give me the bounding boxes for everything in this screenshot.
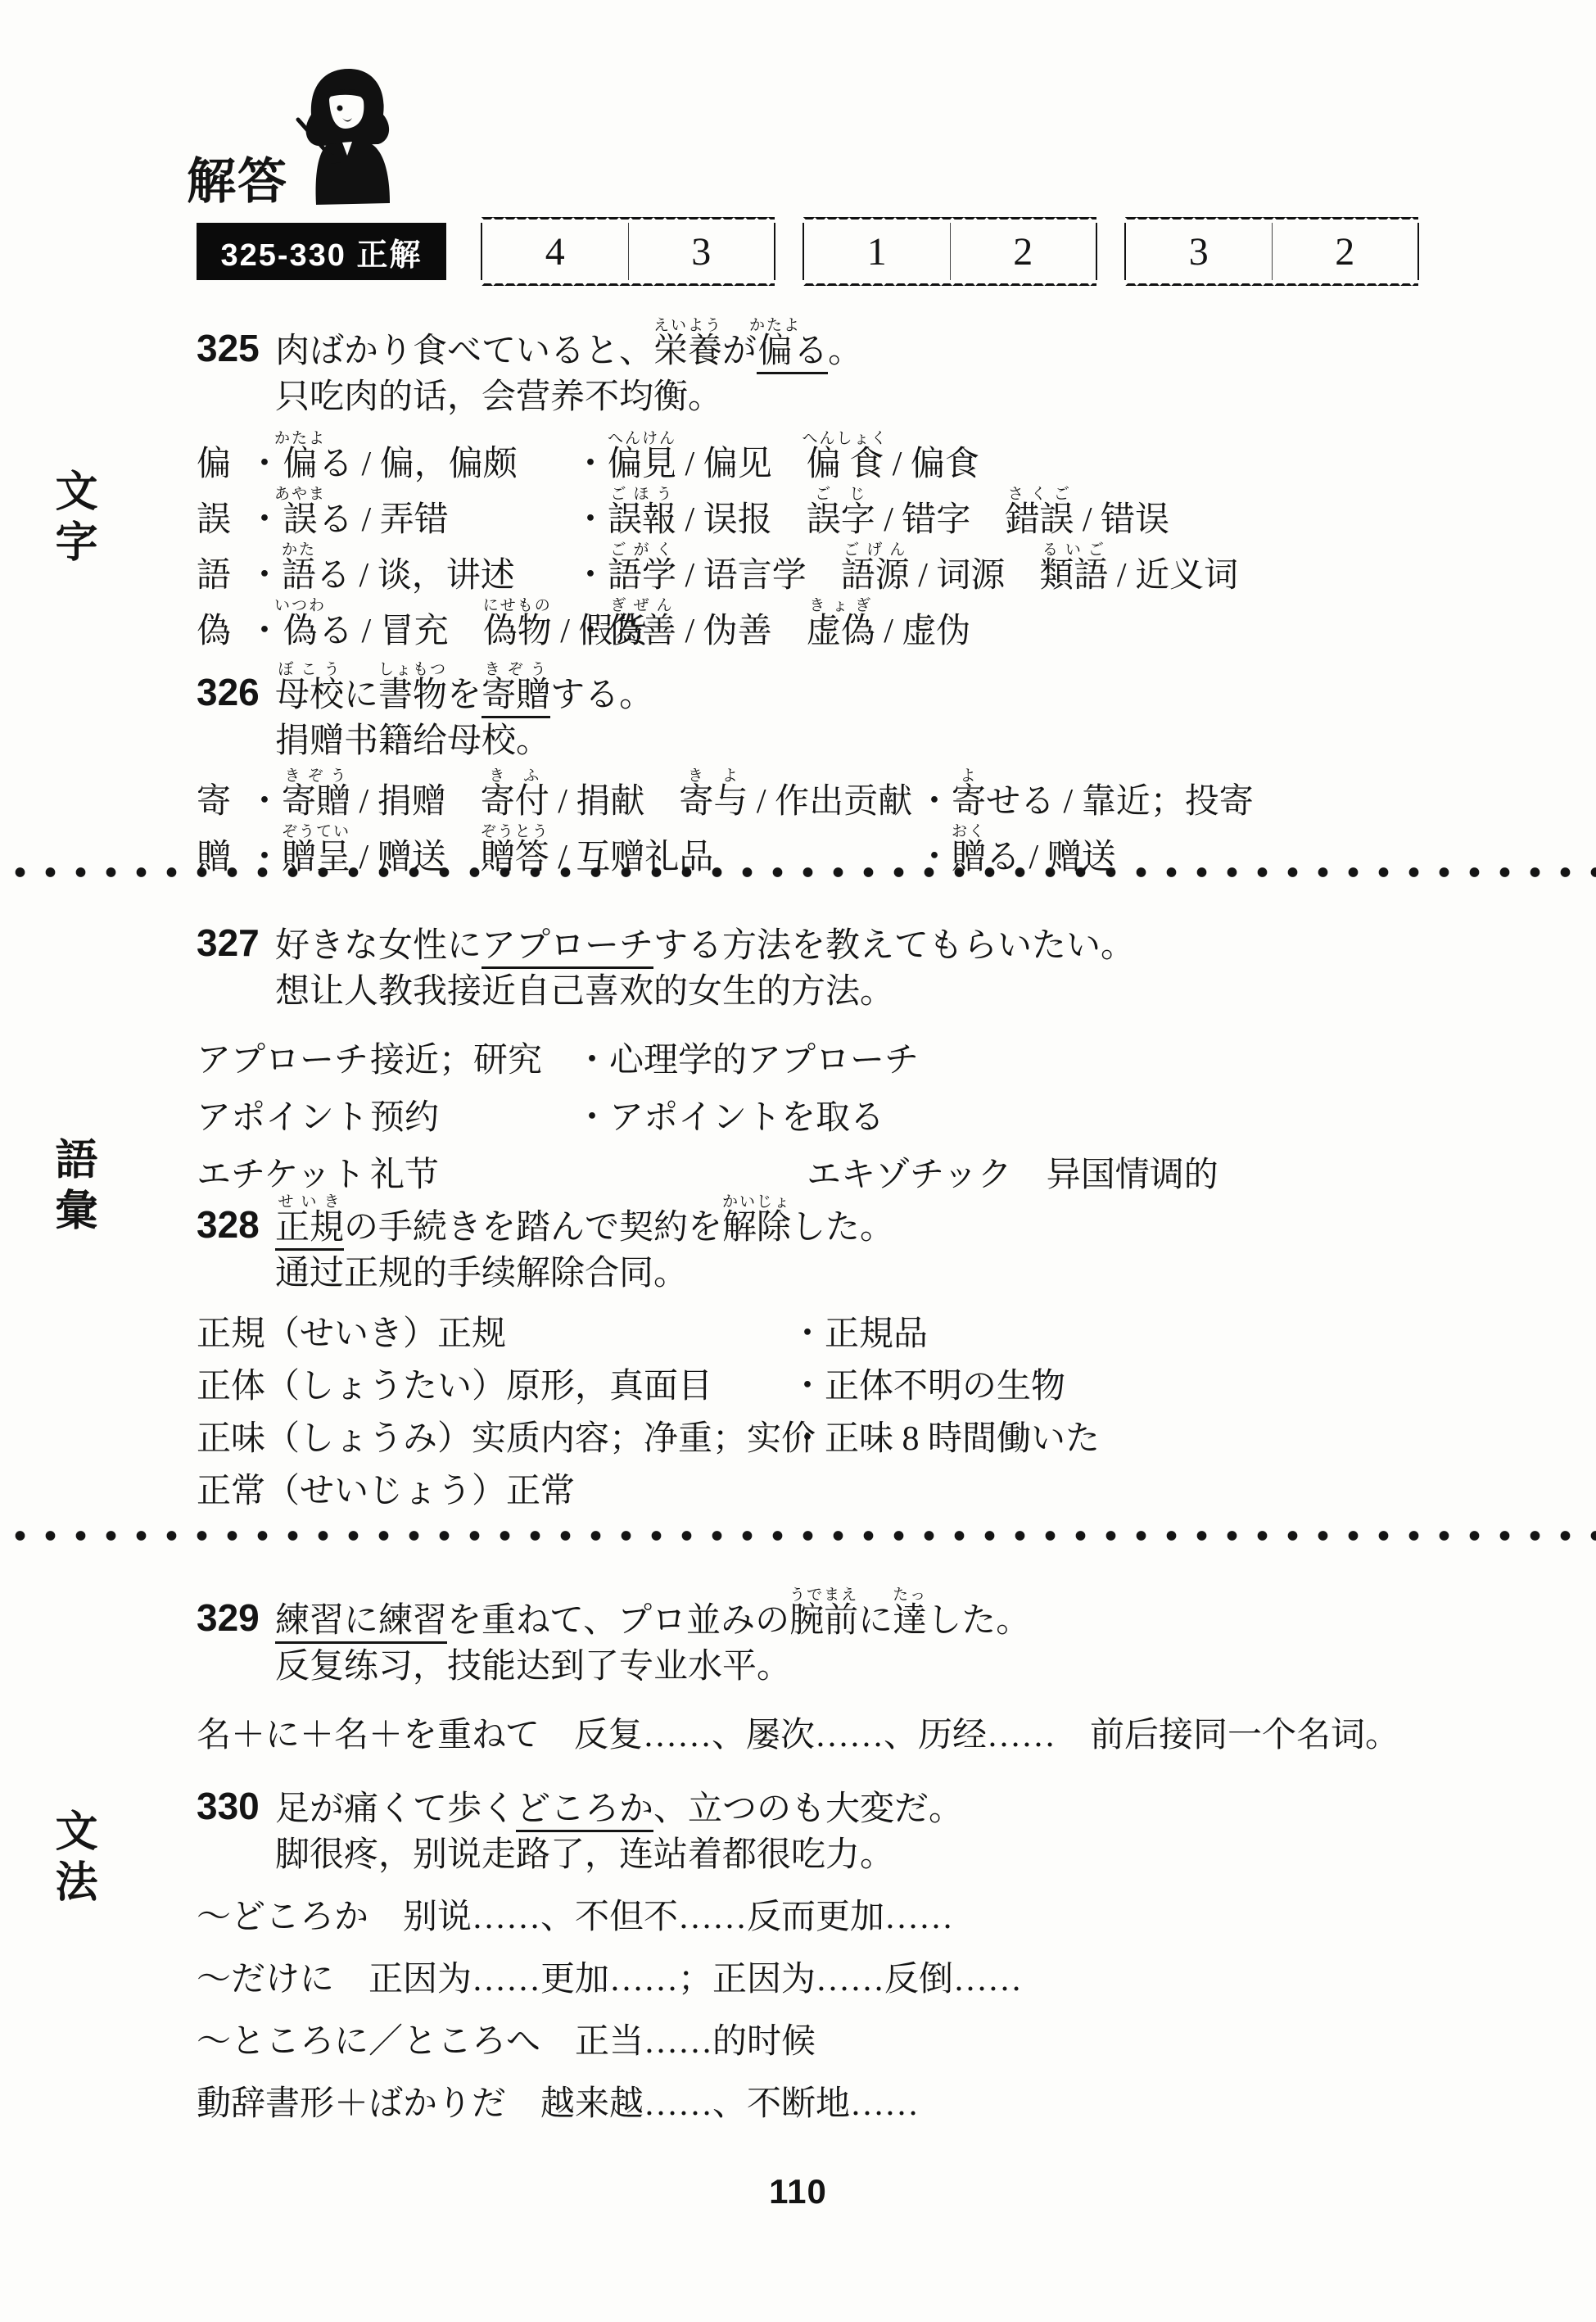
ruby-run: 栄養えいよう [653,333,722,370]
ruby-run: 偏かたよ [282,446,319,483]
vocab-row: 贈・贈呈ぞうてい / 赠送 贈答ぞうとう / 互赠礼品・贈おくる / 赠送 [197,821,1432,876]
ruby-run: 贈答ぞうとう [481,839,549,876]
ruby-run: 偽物にせもの [483,613,552,650]
ruby-run: 偏食へんしょく [807,446,884,483]
text-run: る / 冒充 [319,613,483,650]
answer-value: 3 [628,223,775,280]
text-run: 正常（せいじょう）正常 [197,1473,575,1510]
text-run: せる / 靠近；投寄 [986,783,1254,821]
text-run: る / 赠送 [986,839,1116,876]
text-run: る / 弄错 [319,501,449,539]
sidebar-label-moji: 文字 [51,468,93,570]
text-run: アプローチ [482,927,653,969]
ruby-run: 腕前うでまえ [789,1602,858,1640]
text-run: ～どころか 别说……、不但不……反而更加…… [197,1899,953,1936]
text-run: ・ [573,446,608,483]
question-line: 326母校ぼこうに書物しょもつを寄贈きぞうする。 [197,654,1432,714]
text-run: / 捐献 [549,783,680,821]
usage-row: 正味（しょうみ）实质内容；净重；实价・正味 8 時間働いた [197,1405,1432,1458]
answer-value: 1 [804,223,950,280]
vocab-head-kanji: 偏 [197,446,247,483]
translation-text: 反复练习，技能达到了专业水平。 [275,1648,791,1686]
dotted-separator [0,1530,1596,1541]
text-run: 練習に練習 [275,1602,447,1644]
ruby-run: 偏かたよ [757,333,793,374]
question-line: 328正規せいきの手続きを踏んで契約を解除かいじょした。 [197,1186,1432,1247]
usage-cell: 正体（しょうたい）原形，真面目 [197,1368,790,1405]
textbook-answer-page: 解答 325-330 正解 4 3 1 [0,0,1596,2322]
ruby-run: 母校ぼこう [275,677,344,714]
text-run: ・正味 8 時間働いた [790,1420,1100,1458]
text-run: ～だけに 正因为……更加……；正因为……反倒…… [197,1961,1022,1998]
question-line: 325肉ばかり食べていると、栄養えいようが偏かたよる。 [197,310,1432,370]
answer-box-1: 4 3 [481,223,775,280]
vocab-column-1: ・語かたる / 谈，讲述 [247,541,573,595]
text-run: を [447,677,482,714]
text-run: / 错字 [875,501,1006,539]
section-328: 328正規せいきの手続きを踏んで契約を解除かいじょした。通过正规的手续解除合同。… [197,1186,1432,1510]
answer-value: 3 [1126,223,1272,280]
text-run: / 偏见 [676,446,807,483]
text-run: ・ [247,783,282,821]
translation-text: 通过正规的手续解除合同。 [275,1255,688,1292]
vocab-row: 語・語かたる / 谈，讲述・語学ごがく / 语言学 語源ごげん / 词源 類語る… [197,539,1432,595]
text-run: / 互赠礼品 [549,839,714,876]
ruby-run: 誤字ごじ [807,501,875,539]
pattern-line: ～ところに／ところへ 正当……的时候 [197,1998,1432,2061]
text-run: / 语言学 [676,557,841,595]
usage-cell: ・アポイントを取る [575,1099,884,1137]
vocab-column-2: ・贈おくる / 赠送 [917,823,1432,876]
text-run: 動辞書形＋ばかりだ 越来越……、不断地…… [197,2085,919,2123]
text-run: 。 [828,333,862,370]
vocab-row: 偏・偏かたよる / 偏，偏颇・偏見へんけん / 偏见 偏食へんしょく / 偏食 [197,428,1432,483]
text-run: ・正規品 [790,1315,928,1353]
translation-line: 只吃肉的话，会营养不均衡。 [197,370,1432,416]
text-run: 预约 [370,1099,439,1137]
question-text: 練習に練習を重ねて、プロ並みの腕前うでまえに達たっした。 [275,1586,1030,1640]
sidebar-label-bunpou: 文法 [51,1808,93,1910]
vocab-head-kanji: 贈 [197,839,247,876]
text-run: アポイント [197,1099,368,1137]
section-325: 325肉ばかり食べていると、栄養えいようが偏かたよる。只吃肉的话，会营养不均衡。… [197,310,1432,650]
text-run: 接近；研究 [370,1042,542,1080]
vocab-head-kanji: 語 [197,557,247,595]
vocab-head-kanji: 寄 [197,783,247,821]
answer-range-label: 325-330 正解 [197,223,446,280]
usage-cell: 正常（せいじょう）正常 [197,1473,790,1510]
text-run: ・ [917,783,952,821]
vocab-column-2: ・偏見へんけん / 偏见 偏食へんしょく / 偏食 [573,430,1432,483]
text-run: 肉ばかり食べていると、 [275,333,653,370]
ruby-run: 寄よ [952,783,986,821]
text-run: する方法を教えてもらいたい。 [653,927,1135,965]
translation-line: 通过正规的手续解除合同。 [197,1247,1432,1292]
vocab-column-2: ・語学ごがく / 语言学 語源ごげん / 词源 類語るいご / 近义词 [573,541,1432,595]
translation-line: 捐赠书籍给母校。 [197,714,1432,760]
text-run: に [858,1602,893,1640]
answer-box-2: 1 2 [803,223,1097,280]
text-run: / 虚伪 [875,613,971,650]
vocab-row: 偽・偽いつわる / 冒充 偽物にせもの / 假货・偽善ぎぜん / 伪善 虚偽きょ… [197,595,1432,650]
teacher-girl-illustration [293,66,404,221]
text-run: 名＋に＋名＋を重ねて 反复……、屡次……、历经…… 前后接同一个名词。 [197,1717,1399,1754]
text-run: / 作出贡献 [748,783,912,821]
vocab-head-kanji: 誤 [197,501,247,539]
text-run: 、立つのも大変だ。 [653,1790,963,1828]
translation-text: 只吃肉的话，会营养不均衡。 [275,378,722,416]
ruby-run: 解除かいじょ [722,1209,791,1247]
ruby-run: 偏見へんけん [608,446,676,483]
ruby-run: 誤報ごほう [608,501,676,539]
text-run: 正味（しょうみ）实质内容；净重；实价 [197,1420,816,1458]
text-run: / 伪善 [676,613,807,650]
text-run: に [344,677,378,714]
text-run: の手続きを踏んで契約を [344,1209,722,1247]
usage-row: アポイント预约・アポイントを取る [197,1080,1432,1137]
answer-value: 4 [482,223,628,280]
ruby-run: 語学ごがく [608,557,676,595]
ruby-run: 偽善ぎぜん [608,613,676,650]
section-327: 327好きな女性にアプローチする方法を教えてもらいたい。想让人教我接近自己喜欢的… [197,904,1432,1194]
question-line: 329練習に練習を重ねて、プロ並みの腕前うでまえに達たっした。 [197,1579,1432,1640]
ruby-run: 語かた [282,557,316,595]
usage-row: アプローチ接近；研究・心理学的アプローチ [197,1022,1432,1080]
question-text: 足が痛くて歩くどころか、立つのも大変だ。 [275,1790,963,1828]
translation-line: 脚很疼，别说走路了，连站着都很吃力。 [197,1828,1432,1874]
text-run: / 偏食 [884,446,979,483]
question-text: 好きな女性にアプローチする方法を教えてもらいたい。 [275,927,1135,965]
answer-box-3: 3 2 [1124,223,1419,280]
usage-cell: アポイント [197,1099,370,1137]
vocab-column-1: ・寄贈きぞう / 捐赠 寄付きふ / 捐献 寄与きよ / 作出贡献 [247,767,917,821]
usage-row: 正体（しょうたい）原形，真面目・正体不明の生物 [197,1353,1432,1405]
section-329: 329練習に練習を重ねて、プロ並みの腕前うでまえに達たっした。反复练习，技能达到… [197,1579,1432,1754]
pattern-line: 名＋に＋名＋を重ねて 反复……、屡次……、历经…… 前后接同一个名词。 [197,1702,1432,1754]
text-run: する。 [550,677,653,714]
text-run: ・ [247,557,282,595]
question-number: 327 [197,922,275,965]
ruby-run: 誤あやま [282,501,319,539]
ruby-run: 寄贈きぞう [282,783,350,821]
usage-cell: アプローチ [197,1042,370,1080]
question-number: 328 [197,1204,275,1247]
text-run: る / 偏，偏颇 [319,446,518,483]
question-line: 330足が痛くて歩くどころか、立つのも大変だ。 [197,1768,1432,1828]
text-run: 足が痛くて歩く [275,1790,516,1828]
usage-cell: 正規（せいき）正规 [197,1315,790,1353]
ruby-run: 贈呈ぞうてい [282,839,350,876]
answer-strip: 325-330 正解 4 3 1 2 3 2 [197,223,1446,280]
text-run: を重ねて、プロ並みの [447,1602,789,1640]
pattern-line: 動辞書形＋ばかりだ 越来越……、不断地…… [197,2061,1432,2123]
translation-text: 想让人教我接近自己喜欢的女生的方法。 [275,973,894,1011]
ruby-run: 寄与きよ [679,783,748,821]
translation-text: 捐赠书籍给母校。 [275,722,550,760]
usage-row: 正常（せいじょう）正常 [197,1458,1432,1510]
vocab-column-1: ・偏かたよる / 偏，偏颇 [247,430,573,483]
text-run: どころか [516,1790,653,1832]
ruby-run: 寄贈きぞう [482,677,550,718]
text-run: した。 [927,1602,1030,1640]
ruby-run: 達たっ [893,1602,927,1640]
text-run: る / 谈，讲述 [316,557,515,595]
text-run: 正体（しょうたい）原形，真面目 [197,1368,712,1405]
text-run: ・正体不明の生物 [790,1368,1065,1405]
question-number: 325 [197,328,275,370]
question-number: 329 [197,1597,275,1640]
text-run: ・ [573,613,608,650]
usage-cell: ・正規品 [790,1315,928,1353]
vocab-column-1: ・偽いつわる / 冒充 偽物にせもの / 假货 [247,597,573,650]
translation-text: 脚很疼，别说走路了，连站着都很吃力。 [275,1836,894,1874]
text-run: / 错误 [1074,501,1169,539]
sidebar-label-goi: 語彙 [51,1137,93,1238]
text-run: / 近义词 [1108,557,1238,595]
text-run: ・ [917,839,952,876]
ruby-run: 語源ごげん [841,557,910,595]
question-text: 肉ばかり食べていると、栄養えいようが偏かたよる。 [275,317,862,370]
question-number: 326 [197,672,275,714]
vocab-column-2: ・寄よせる / 靠近；投寄 [917,767,1432,821]
text-run: る [793,333,828,374]
text-run: ・ [573,501,608,539]
pattern-line: ～どころか 别说……、不但不……反而更加…… [197,1874,1432,1936]
text-run: / 词源 [910,557,1040,595]
ruby-run: 書物しょもつ [378,677,447,714]
ruby-run: 虚偽きょぎ [807,613,875,650]
text-run: / 赠送 [350,839,481,876]
ruby-run: 贈おく [952,839,986,876]
vocab-column-2: ・誤報ごほう / 误报 誤字ごじ / 错字 錯誤さくご / 错误 [573,486,1432,539]
answer-value: 2 [1272,223,1418,280]
translation-line: 想让人教我接近自己喜欢的女生的方法。 [197,965,1432,1011]
text-run: ～ところに／ところへ 正当……的时候 [197,2023,816,2061]
usage-cell: ・正味 8 時間働いた [790,1420,1100,1458]
text-run: ・ [573,557,608,595]
ruby-run: 正規せいき [275,1209,344,1251]
usage-cell: ・正体不明の生物 [790,1368,1065,1405]
answer-value: 2 [950,223,1096,280]
page-title: 解答 [187,157,288,221]
section-326: 326母校ぼこうに書物しょもつを寄贈きぞうする。捐赠书籍给母校。寄・寄贈きぞう … [197,654,1432,876]
question-line: 327好きな女性にアプローチする方法を教えてもらいたい。 [197,904,1432,965]
usage-cell: 预约 [370,1099,575,1137]
usage-cell: 正味（しょうみ）实质内容；净重；实价 [197,1420,790,1458]
vocab-column-1: ・贈呈ぞうてい / 赠送 贈答ぞうとう / 互赠礼品 [247,823,917,876]
ruby-run: 錯誤さくご [1005,501,1074,539]
usage-row: 正規（せいき）正规・正規品 [197,1301,1432,1353]
text-run: ・アポイントを取る [575,1099,884,1137]
text-run: / 捐赠 [350,783,481,821]
question-text: 正規せいきの手続きを踏んで契約を解除かいじょした。 [275,1193,894,1247]
vocab-row: 寄・寄贈きぞう / 捐赠 寄付きふ / 捐献 寄与きよ / 作出贡献・寄よせる … [197,765,1432,821]
text-run: した。 [791,1209,894,1247]
text-run: / 误报 [676,501,807,539]
text-run: アプローチ [197,1042,368,1080]
vocab-column-2: ・偽善ぎぜん / 伪善 虚偽きょぎ / 虚伪 [573,597,1432,650]
usage-cell: ・心理学的アプローチ [575,1042,919,1080]
pattern-line: ～だけに 正因为……更加……；正因为……反倒…… [197,1936,1432,1998]
vocab-column-1: ・誤あやまる / 弄错 [247,486,573,539]
text-run: 好きな女性に [275,927,482,965]
page-number: 110 [0,2172,1596,2211]
usage-cell: 接近；研究 [370,1042,575,1080]
question-number: 330 [197,1786,275,1828]
header: 解答 [187,66,404,221]
section-330: 330足が痛くて歩くどころか、立つのも大変だ。脚很疼，别说走路了，连站着都很吃力… [197,1768,1432,2123]
ruby-run: 偽いつわ [282,613,319,650]
text-run: ・ [247,839,282,876]
ruby-run: 類語るいご [1039,557,1108,595]
vocab-head-kanji: 偽 [197,613,247,650]
text-run: 正規（せいき）正规 [197,1315,506,1353]
text-run: ・心理学的アプローチ [575,1042,919,1080]
translation-line: 反复练习，技能达到了专业水平。 [197,1640,1432,1686]
ruby-run: 寄付きふ [481,783,549,821]
vocab-row: 誤・誤あやまる / 弄错・誤報ごほう / 误报 誤字ごじ / 错字 錯誤さくご … [197,483,1432,539]
question-text: 母校ぼこうに書物しょもつを寄贈きぞうする。 [275,661,653,714]
